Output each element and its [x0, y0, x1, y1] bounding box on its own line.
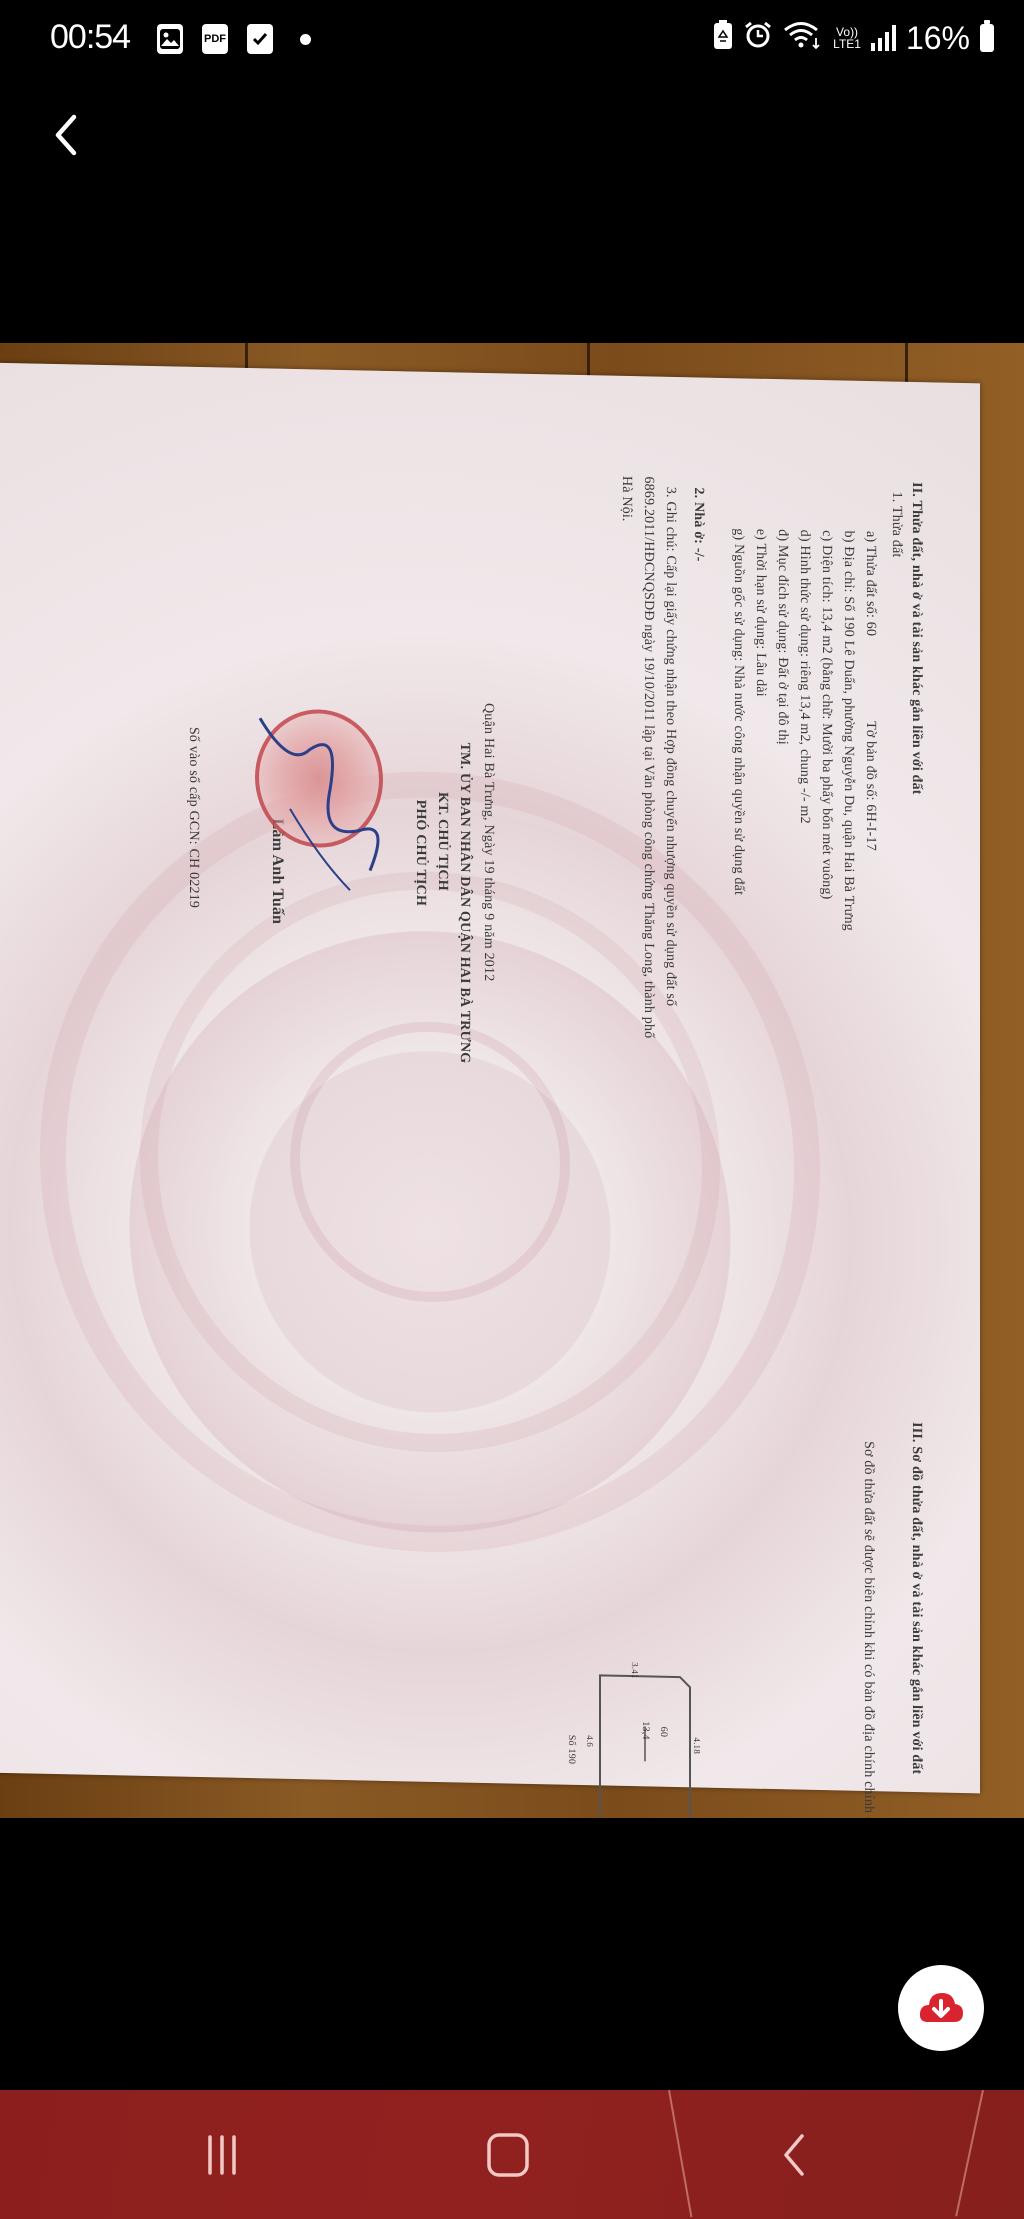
signature	[250, 708, 410, 911]
wifi-icon	[783, 20, 823, 57]
plot-area-label: 13,4	[640, 1721, 651, 1740]
field-d: d) Hình thức sử dụng: riêng 13,4 m2, chu…	[796, 530, 812, 824]
battery-percent: 16%	[906, 20, 970, 57]
navigation-bar	[0, 2090, 1024, 2219]
pdf-icon: PDF	[202, 24, 228, 54]
recent-apps-button[interactable]	[182, 2120, 262, 2190]
network-type: Vo)) LTE1	[833, 26, 861, 50]
wallpaper-streak	[668, 2090, 692, 2217]
section-2-title: II. Thửa đất, nhà ở và tài sản khác gắn …	[908, 482, 924, 795]
alarm-icon	[743, 20, 773, 57]
field-g: g) Nguồn gốc sử dụng: Nhà nước công nhận…	[730, 528, 746, 895]
plot-neighbor: Số 190	[566, 1735, 577, 1764]
signing-role-2: PHÓ CHỦ TỊCH	[412, 799, 428, 906]
signing-place-date: Quận Hai Bà Trưng, Ngày 19 tháng 9 năm 2…	[480, 703, 496, 982]
subsection-2: 2. Nhà ở: -/-	[690, 487, 706, 561]
field-e: đ) Mục đích sử dụng: Đất ở tại đô thị	[774, 529, 790, 745]
field-c: c) Diện tích: 13,4 m2 (bằng chữ: Mười ba…	[818, 530, 834, 900]
back-button[interactable]	[40, 110, 90, 160]
certificate-page: II. Thửa đất, nhà ở và tài sản khác gắn …	[0, 363, 980, 1794]
plot-side-top: 3.41	[630, 1662, 640, 1679]
field-b: b) Địa chỉ: Số 190 Lê Duẩn, phường Nguyễ…	[840, 530, 856, 931]
signing-role-1: KT. CHỦ TỊCH	[434, 792, 450, 891]
document-photo[interactable]: II. Thửa đất, nhà ở và tài sản khác gắn …	[0, 343, 1024, 1818]
status-time: 00:54	[50, 18, 130, 57]
signing-org: TM. ỦY BAN NHÂN DÂN QUẬN HAI BÀ TRƯNG	[456, 742, 472, 1063]
battery-icon	[980, 24, 994, 52]
battery-saver-icon	[713, 20, 733, 57]
checkbox-icon	[247, 24, 273, 54]
recent-apps-icon	[200, 2133, 244, 2177]
note-3-line2: 6869.2011/HĐCNQSDĐ ngày 19/10/2011 lập t…	[640, 476, 656, 1038]
field-a-map: Tờ bản đồ số: 6H-I-17	[862, 721, 878, 851]
cloud-download-icon	[918, 1988, 964, 2028]
dot-icon	[300, 34, 311, 45]
plot-side-right: 4.18	[692, 1737, 702, 1754]
field-a: a) Thửa đất số: 60	[862, 531, 878, 636]
image-icon	[157, 24, 183, 54]
system-back-button[interactable]	[754, 2120, 834, 2190]
section-3-title: III. Sơ đồ thửa đất, nhà ở và tài sản kh…	[908, 1422, 924, 1775]
lte-label: LTE1	[833, 38, 861, 50]
back-icon	[774, 2132, 814, 2178]
home-button[interactable]	[468, 2120, 548, 2190]
signal-icon	[871, 25, 896, 51]
download-button[interactable]	[898, 1965, 984, 2051]
wallpaper-streak	[955, 2090, 984, 2217]
status-bar: 00:54 PDF Vo)) LTE1 16%	[0, 0, 1024, 80]
registry-number: Số vào sổ cấp GCN: CH 02219	[185, 727, 201, 909]
note-3-line3: Hà Nội.	[618, 476, 634, 522]
plot-diagram	[590, 1665, 730, 1818]
subsection-1: 1. Thửa đất	[888, 491, 904, 557]
pdf-label: PDF	[204, 33, 226, 45]
plot-side-left: 4.6	[585, 1735, 595, 1747]
status-right: Vo)) LTE1 16%	[713, 18, 994, 58]
chevron-left-icon	[50, 113, 80, 157]
home-icon	[485, 2132, 531, 2178]
footnote: Sơ đồ thửa đất sẽ được biên chỉnh khi có…	[860, 1441, 876, 1818]
plot-parcel-label: 60	[658, 1727, 669, 1738]
note-3-line1: 3. Ghi chú: Cấp lại giấy chứng nhận theo…	[662, 487, 678, 1007]
field-f: e) Thời hạn sử dụng: Lâu dài	[752, 529, 768, 697]
